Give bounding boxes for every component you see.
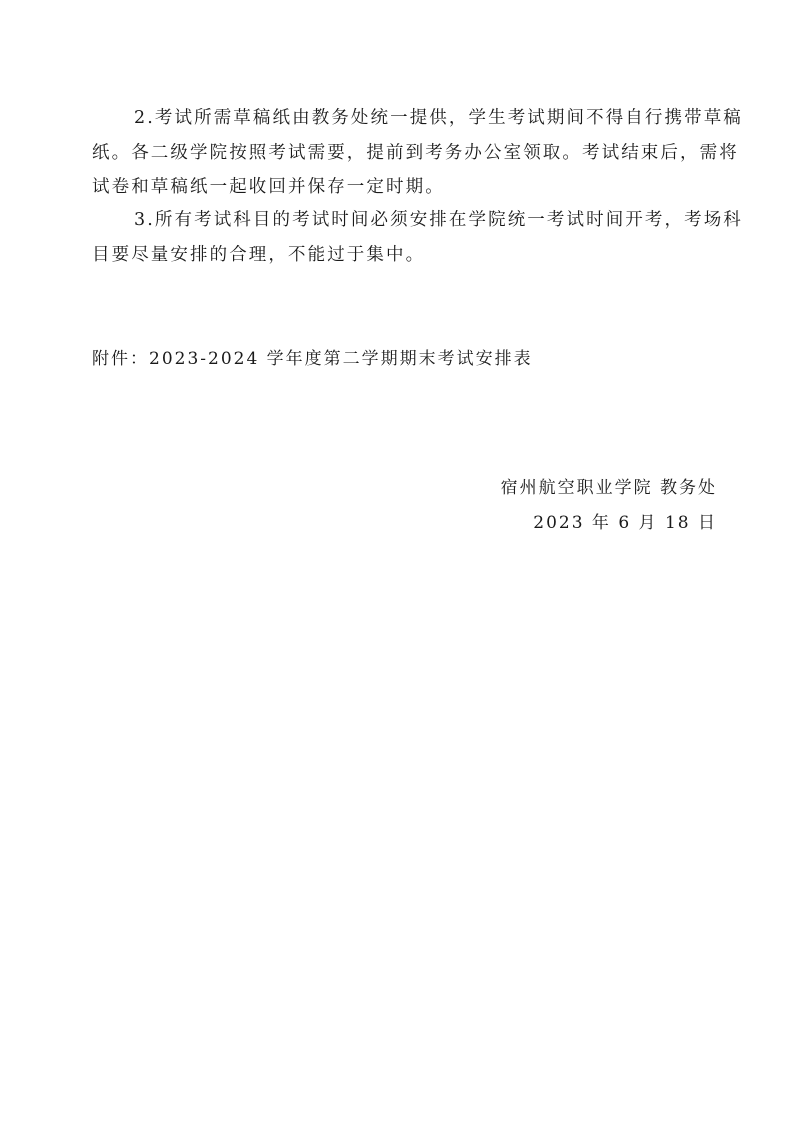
paragraph-line: 目要尽量安排的合理，不能过于集中。: [92, 238, 722, 273]
signature-date: 2023 年 6 月 18 日: [533, 508, 717, 533]
paragraph-item-3: 3.所有考试科目的考试时间必须安排在学院统一考试时间开考，考场科 目要尽量安排的…: [92, 203, 722, 272]
paragraph-line: 试卷和草稿纸一起收回并保存一定时期。: [92, 170, 722, 205]
paragraph-line: 3.所有考试科目的考试时间必须安排在学院统一考试时间开考，考场科: [92, 203, 722, 238]
signature-organization: 宿州航空职业学院 教务处: [501, 473, 717, 498]
attachment-note: 附件：2023-2024 学年度第二学期期末考试安排表: [92, 344, 533, 369]
document-page: 2.考试所需草稿纸由教务处统一提供，学生考试期间不得自行携带草稿 纸。各二级学院…: [0, 0, 793, 1122]
paragraph-item-2: 2.考试所需草稿纸由教务处统一提供，学生考试期间不得自行携带草稿 纸。各二级学院…: [92, 101, 722, 205]
paragraph-line: 2.考试所需草稿纸由教务处统一提供，学生考试期间不得自行携带草稿: [92, 101, 722, 136]
paragraph-line: 纸。各二级学院按照考试需要，提前到考务办公室领取。考试结束后，需将: [92, 136, 722, 171]
